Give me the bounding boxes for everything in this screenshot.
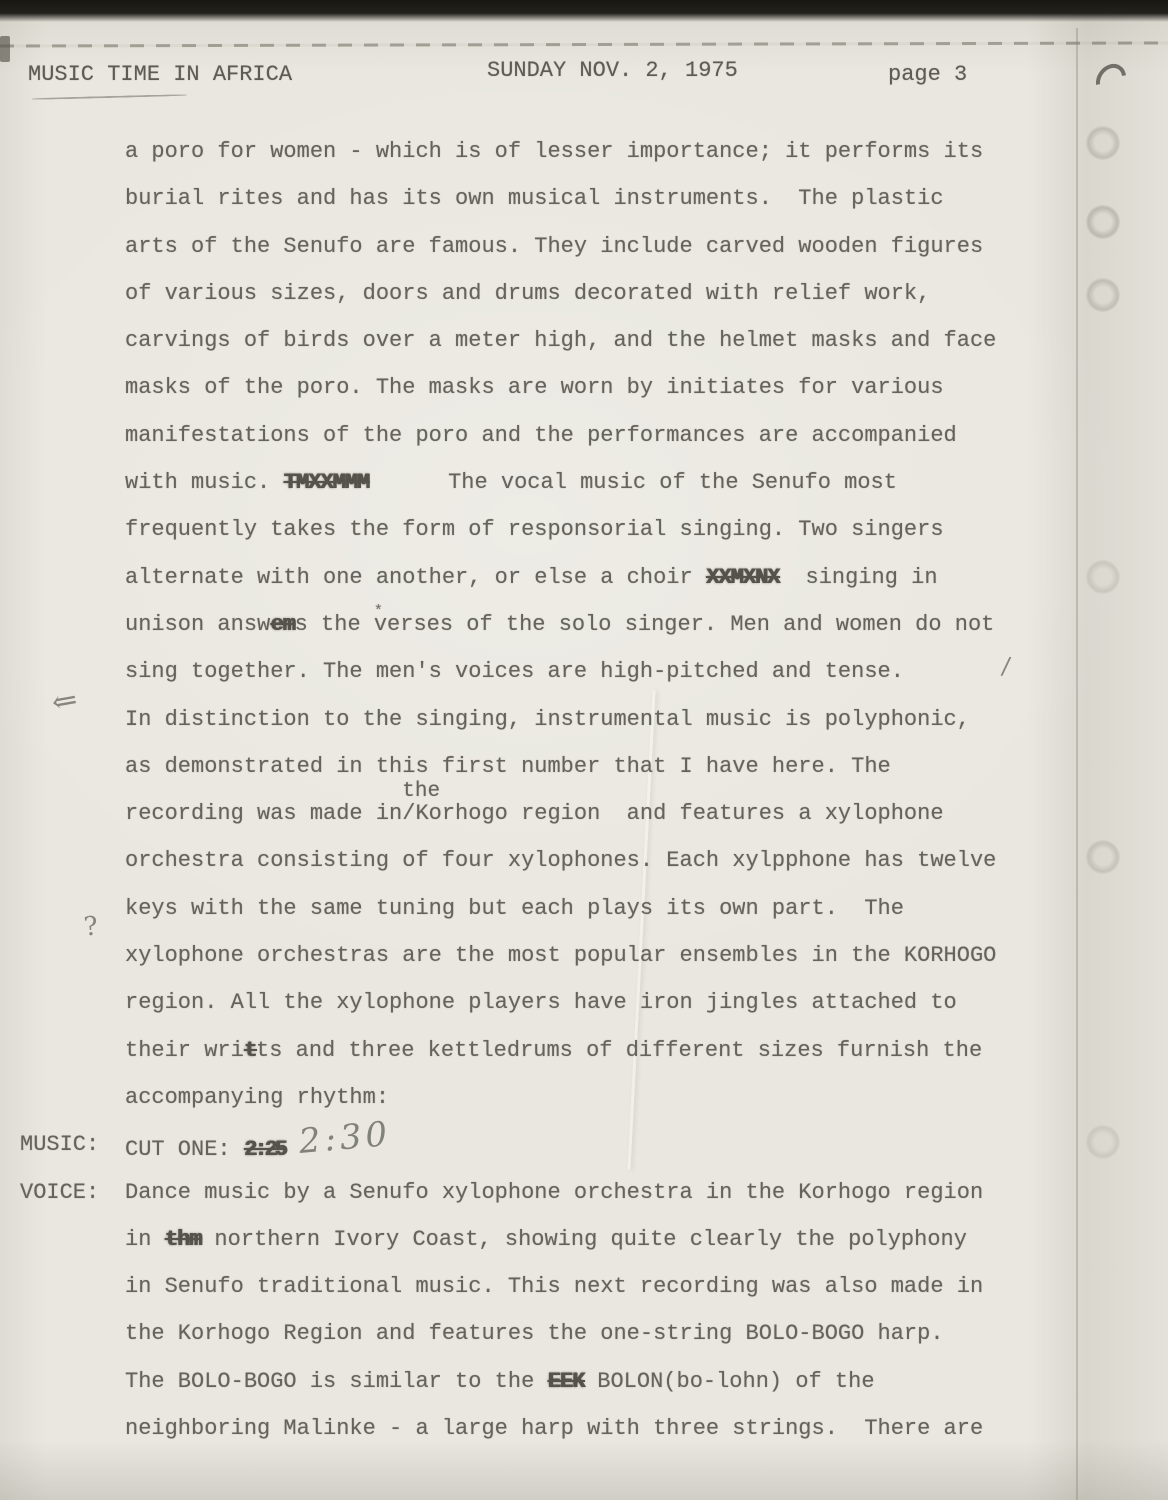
scan-top-edge (0, 0, 1168, 22)
typed-line: In distinction to the singing, instrumen… (125, 696, 1125, 743)
margin-question-mark: ? (82, 911, 99, 942)
typed-line: frequently takes the form of responsoria… (125, 506, 1125, 553)
typed-text: recording was made in (125, 801, 402, 826)
document-title: MUSIC TIME IN AFRICA (28, 62, 292, 87)
typed-line: alternate with one another, or else a ch… (125, 554, 1125, 601)
cue-label: MUSIC: (20, 1121, 99, 1168)
typed-text: In distinction to the singing, instrumen… (125, 707, 970, 732)
typed-text: neighboring Malinke - a large harp with … (125, 1416, 983, 1441)
typed-text: the Korhogo Region and features the one-… (125, 1321, 944, 1346)
typed-line: their writts and three kettledrums of di… (125, 1027, 1125, 1074)
typed-text: manifestations of the poro and the perfo… (125, 423, 957, 448)
typed-line: neighboring Malinke - a large harp with … (125, 1405, 1125, 1452)
typed-text: unison answ (125, 612, 270, 637)
typed-text: keys with the same tuning but each plays… (125, 896, 904, 921)
typed-text: BOLON(bo-lohn) of the (584, 1369, 874, 1394)
typed-text: xylophone orchestras are the most popula… (125, 943, 996, 968)
typed-line: accompanying rhythm: (125, 1074, 1125, 1121)
typed-text: alternate with one another, or else a ch… (125, 565, 706, 590)
typed-text: accompanying rhythm: (125, 1085, 389, 1110)
typed-text: carvings of birds over a meter high, and… (125, 328, 996, 353)
margin-arrow-mark: ⇐ (49, 682, 80, 721)
cue-label: VOICE: (20, 1169, 99, 1216)
typed-line: the Korhogo Region and features the one-… (125, 1310, 1125, 1357)
punch-hole-shadow (1086, 560, 1120, 594)
page-number: page 3 (888, 62, 967, 87)
typed-text: sing together. The men's voices are high… (125, 659, 904, 684)
struck-out-time: 2:25 (244, 1137, 285, 1162)
typed-text: frequently takes the form of responsoria… (125, 517, 944, 542)
typed-text: /Korhogo region and features a xylophone (402, 801, 943, 826)
broadcast-date: SUNDAY NOV. 2, 1975 (487, 58, 738, 83)
typed-text: region. All the xylophone players have i… (125, 990, 957, 1015)
typed-text: their wri (125, 1038, 244, 1063)
typed-line: in Senufo traditional music. This next r… (125, 1263, 1125, 1310)
typed-line: recording was made inthe/Korhogo region … (125, 790, 1125, 837)
punch-hole-shadow (1086, 840, 1120, 874)
typed-text: burial rites and has its own musical ins… (125, 186, 944, 211)
typed-text: singing in (779, 565, 937, 590)
typed-text: Dance music by a Senufo xylophone orches… (125, 1180, 983, 1205)
typed-line: manifestations of the poro and the perfo… (125, 412, 1125, 459)
struck-out-text: EEK (547, 1369, 584, 1394)
typed-line: region. All the xylophone players have i… (125, 979, 1125, 1026)
handwritten-time: 2:30 (297, 1119, 301, 1166)
punch-hole-shadow (1086, 126, 1120, 160)
typed-line: The BOLO-BOGO is similar to the EEK BOLO… (125, 1358, 1125, 1405)
typed-text: a poro for women - which is of lesser im… (125, 139, 983, 164)
typed-line: carvings of birds over a meter high, and… (125, 317, 1125, 364)
cue-row: MUSIC:CUT ONE: 2:252:30 (125, 1121, 1125, 1168)
typed-text: of various sizes, doors and drums decora… (125, 281, 930, 306)
scanned-typewritten-page: MUSIC TIME IN AFRICA SUNDAY NOV. 2, 1975… (0, 0, 1168, 1500)
typed-line: with music. TMXXMMM The vocal music of t… (125, 459, 1125, 506)
typed-text: with music. (125, 470, 283, 495)
punch-hole-shadow (1086, 205, 1120, 239)
typed-line: sing together. The men's voices are high… (125, 648, 1125, 695)
typed-line: as demonstrated in this first number tha… (125, 743, 1125, 790)
typed-line: burial rites and has its own musical ins… (125, 175, 1125, 222)
typed-line: masks of the poro. The masks are worn by… (125, 364, 1125, 411)
paper-crease-top (0, 41, 1168, 47)
typed-line: orchestra consisting of four xylophones.… (125, 837, 1125, 884)
typed-text: The vocal music of the Senufo most (369, 470, 897, 495)
typed-text: CUT ONE: (125, 1137, 244, 1162)
typed-body: a poro for women - which is of lesser im… (125, 128, 1125, 1452)
typed-text: orchestra consisting of four xylophones.… (125, 848, 996, 873)
typed-text: verses of the solo singer. Men and women… (374, 612, 995, 637)
typed-line: in thm northern Ivory Coast, showing qui… (125, 1216, 1125, 1263)
page-header: MUSIC TIME IN AFRICA SUNDAY NOV. 2, 1975… (0, 58, 1168, 92)
typed-line: keys with the same tuning but each plays… (125, 885, 1125, 932)
typed-text: s the (295, 612, 374, 637)
struck-out-text: em (270, 612, 294, 637)
typed-text: northern Ivory Coast, showing quite clea… (201, 1227, 967, 1252)
typed-text: ts and three kettledrums of different si… (256, 1038, 982, 1063)
typed-line: arts of the Senufo are famous. They incl… (125, 223, 1125, 270)
struck-out-text: TMXXMMM (283, 470, 368, 495)
typed-line: unison answems the *verses of the solo s… (125, 601, 1125, 648)
typed-text: in (125, 1227, 165, 1252)
typed-text: arts of the Senufo are famous. They incl… (125, 234, 983, 259)
typed-text: masks of the poro. The masks are worn by… (125, 375, 944, 400)
header-underline-mark (32, 94, 187, 100)
typed-line: a poro for women - which is of lesser im… (125, 128, 1125, 175)
typed-text: as demonstrated in this first number tha… (125, 754, 891, 779)
struck-out-text: XXMXNX (706, 565, 779, 590)
cue-row: VOICE:Dance music by a Senufo xylophone … (125, 1169, 1125, 1216)
typed-text: The BOLO-BOGO is similar to the (125, 1369, 547, 1394)
punch-hole-shadow (1086, 1125, 1120, 1159)
struck-out-text: thm (165, 1227, 202, 1252)
typed-line: xylophone orchestras are the most popula… (125, 932, 1125, 979)
punch-hole-shadow (1086, 278, 1120, 312)
typed-text: in Senufo traditional music. This next r… (125, 1274, 983, 1299)
typed-line: of various sizes, doors and drums decora… (125, 270, 1125, 317)
struck-out-text: t (244, 1038, 256, 1063)
